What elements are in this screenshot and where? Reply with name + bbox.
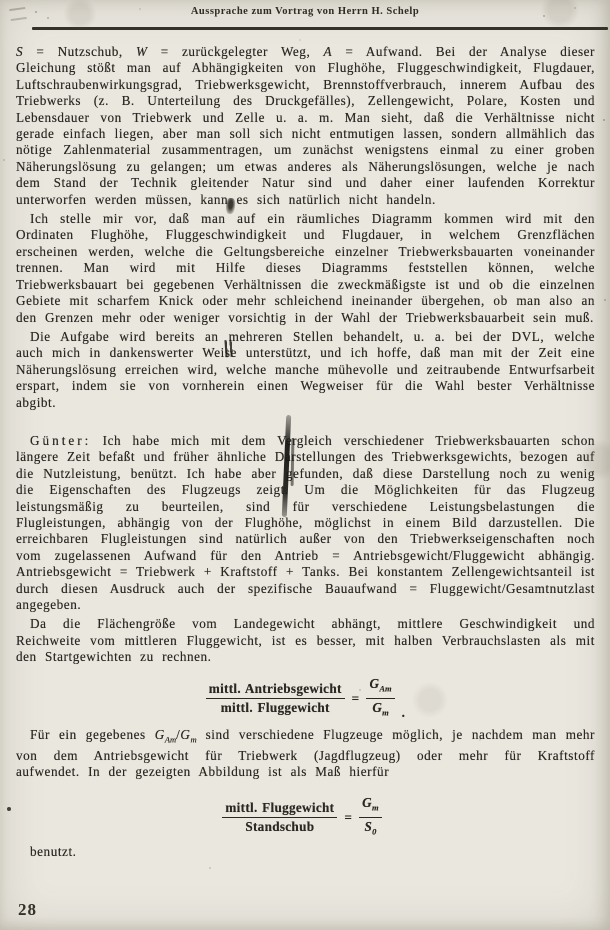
header-rule [32, 27, 608, 30]
scanned-paper-page: Aussprache zum Vortrag von Herrn H. Sche… [0, 0, 610, 930]
paragraph-dvl: Die Aufgabe wird bereits an mehreren Ste… [16, 329, 595, 411]
formula2-rhs-fraction: Gm S0 [359, 795, 381, 840]
formula1-rhs-fraction: GAm Gm [366, 676, 394, 721]
page-body: S = Nutzschub, W = zurückgelegter Weg, A… [16, 44, 595, 860]
variable-W: W [136, 44, 148, 59]
variable-G-Am: G [155, 727, 165, 742]
paragraph-flaechengroesse: Da die Flächengröße vom Landegewicht abh… [16, 616, 595, 665]
equals-sign: = [344, 810, 352, 826]
running-header: Aussprache zum Vortrag von Herrn H. Sche… [0, 6, 610, 17]
equals-sign: = [352, 691, 360, 707]
formula-mean-flight-weight: mittl. Fluggewicht Standschub = Gm S0 [16, 795, 595, 840]
variable-G-m: G [180, 727, 190, 742]
paragraph-guenter: Günter: Ich habe mich mit dem Vergleich … [16, 433, 595, 613]
formula2-lhs-fraction: mittl. Fluggewicht Standschub [222, 800, 337, 834]
ink-dot [7, 807, 11, 811]
running-header-title: Aussprache zum Vortrag von Herrn H. Sche… [191, 6, 419, 17]
speaker-name: Günter: [30, 433, 91, 448]
page-number: 28 [18, 900, 37, 920]
variable-A: A [324, 44, 333, 59]
closing-word: benutzt. [16, 844, 595, 860]
paragraph-raeumliches-diagramm: Ich stelle mir vor, daß man auf ein räum… [16, 211, 595, 326]
formula1-lhs-fraction: mittl. Antriebsgewicht mittl. Fluggewich… [206, 681, 345, 715]
paragraph-equation-legend: S = Nutzschub, W = zurückgelegter Weg, A… [16, 44, 595, 208]
paragraph-gegebenes-gam: Für ein gegebenes GAm/Gm sind verschiede… [16, 727, 595, 781]
formula-mean-drive-weight: mittl. Antriebsgewicht mittl. Fluggewich… [16, 676, 595, 721]
